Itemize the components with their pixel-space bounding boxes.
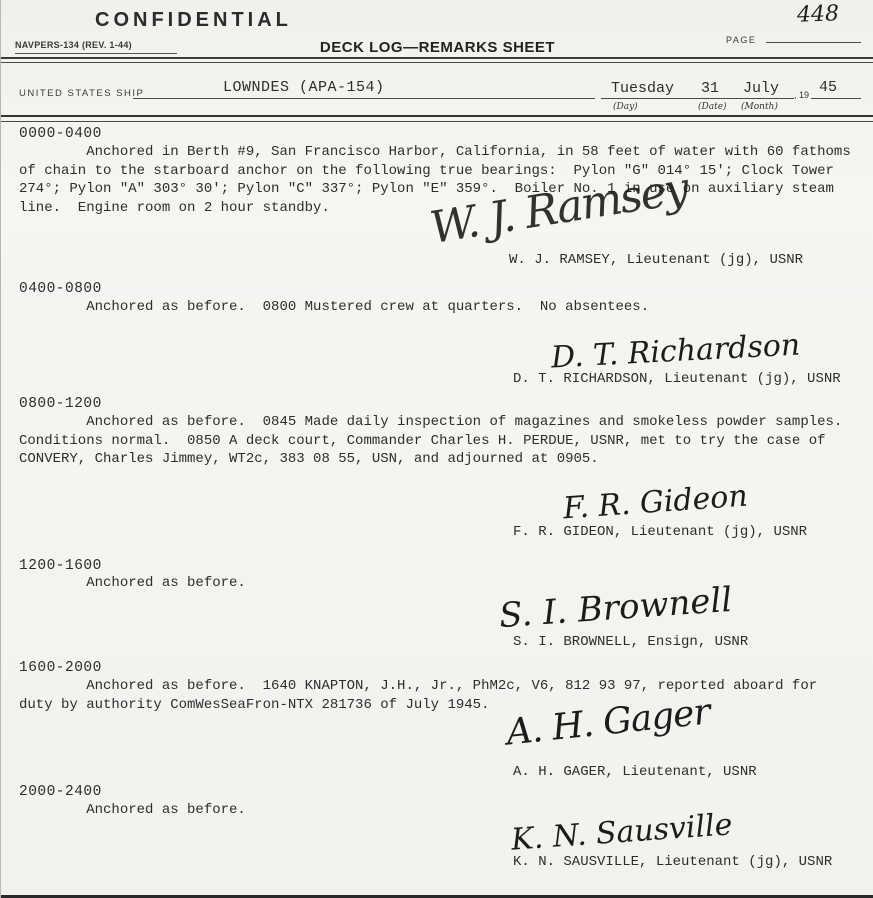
entry-time-range: 0800-1200	[19, 396, 102, 412]
entry-text: Anchored as before. 1640 KNAPTON, J.H., …	[19, 677, 870, 714]
year-prefix: , 19	[794, 90, 809, 100]
entry-time-range: 1600-2000	[19, 660, 102, 676]
date-day-value: Tuesday	[611, 80, 674, 97]
entry-text: Anchored as before.	[19, 574, 870, 593]
signature-script: F. R. Gideon	[562, 479, 749, 527]
header-bottom-rule	[1, 115, 873, 122]
entry-text: Anchored as before. 0845 Made daily insp…	[19, 413, 870, 469]
signature-typed: S. I. BROWNELL, Ensign, USNR	[513, 634, 748, 650]
signature-typed: D. T. RICHARDSON, Lieutenant (jg), USNR	[513, 371, 841, 387]
date-line	[601, 98, 794, 99]
entry-time-range: 0000-0400	[19, 126, 102, 142]
date-date-value: 31	[701, 80, 719, 97]
year-line	[811, 98, 861, 99]
date-month-value: July	[743, 80, 779, 97]
entry-text: Anchored as before. 0800 Mustered crew a…	[19, 298, 870, 317]
signature-typed: A. H. GAGER, Lieutenant, USNR	[513, 764, 757, 780]
ship-name-line	[133, 98, 595, 99]
signature-typed: F. R. GIDEON, Lieutenant (jg), USNR	[513, 524, 807, 540]
entry-time-range: 0400-0800	[19, 281, 102, 297]
signature-typed: K. N. SAUSVILLE, Lieutenant (jg), USNR	[513, 854, 832, 870]
deck-log-remarks-sheet: CONFIDENTIAL 448 PAGE NAVPERS-134 (REV. …	[0, 0, 873, 898]
entry-text: Anchored as before.	[19, 801, 870, 820]
month-label: (Month)	[741, 102, 778, 112]
header-double-rule	[1, 57, 873, 63]
entry-time-range: 1200-1600	[19, 558, 102, 574]
entry-time-range: 2000-2400	[19, 784, 102, 800]
date-year-value: 45	[819, 79, 837, 96]
ship-label: UNITED STATES SHIP	[19, 88, 144, 99]
sheet-title: DECK LOG—REMARKS SHEET	[1, 39, 873, 56]
signature-script: D. T. Richardson	[550, 328, 801, 376]
ship-name: LOWNDES (APA-154)	[223, 79, 385, 96]
day-label: (Day)	[613, 102, 638, 112]
signature-typed: W. J. RAMSEY, Lieutenant (jg), USNR	[509, 252, 803, 268]
classification-stamp: CONFIDENTIAL	[95, 9, 292, 32]
date-label: (Date)	[698, 102, 727, 112]
page-number-handwritten: 448	[797, 1, 840, 27]
